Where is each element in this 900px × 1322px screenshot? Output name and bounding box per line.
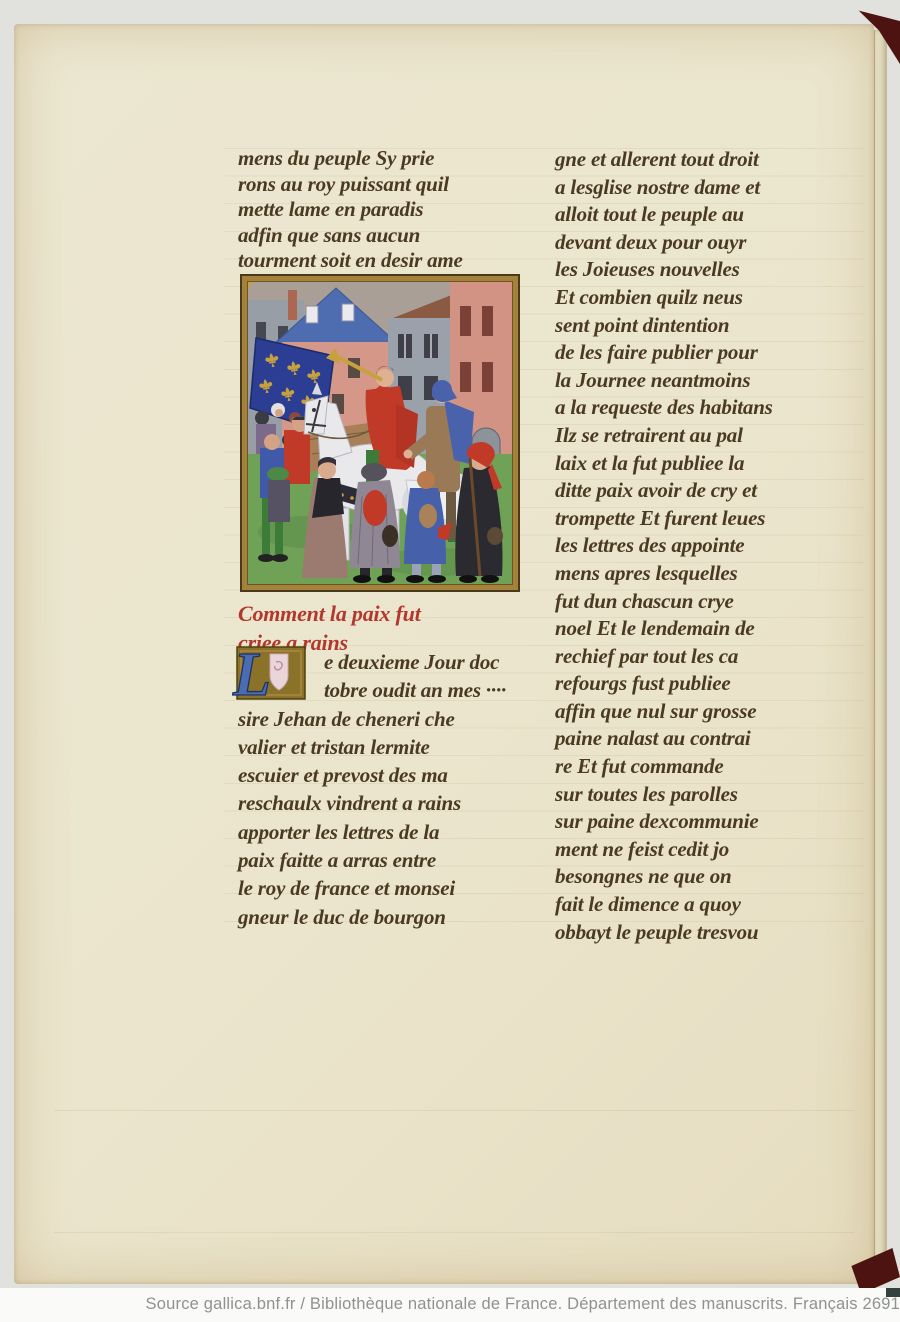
attribution-text: Source gallica.bnf.fr / Bibliothèque nat… [146,1295,900,1313]
right-column-text: gne et allerent tout droita lesglise nos… [555,146,773,946]
attribution-bar: Source gallica.bnf.fr / Bibliothèque nat… [0,1288,900,1322]
text-line: paix faitte a arras entre [238,846,506,874]
text-line: sur toutes les parolles [555,781,773,809]
text-line: re Et fut commande [555,753,773,781]
text-line: valier et tristan lermite [238,733,506,761]
text-line: de les faire publier pour [555,339,773,367]
text-line: fait le dimence a quoy [555,891,773,919]
text-line: mette lame en paradis [238,197,463,223]
text-line: rons au roy puissant quil [238,172,463,198]
text-line: rechief par tout les ca [555,643,773,671]
text-line: les Joieuses nouvelles [555,256,773,284]
parchment-crease [54,1232,854,1233]
text-line: gneur le duc de bourgon [238,903,506,931]
text-line: besongnes ne que on [555,863,773,891]
text-line: reschaulx vindrent a rains [238,789,506,817]
left-column-paragraph: e deuxieme Jour doctobre oudit an mes ··… [238,648,506,931]
text-line: laix et la fut publiee la [555,450,773,478]
text-line: devant deux pour ouyr [555,229,773,257]
text-line: noel Et le lendemain de [555,615,773,643]
text-line: mens du peuple Sy prie [238,146,463,172]
text-line: sur paine dexcommunie [555,808,773,836]
manuscript-page: mens du peuple Sy prierons au roy puissa… [14,24,874,1284]
text-line: ment ne feist cedit jo [555,836,773,864]
parchment-crease [54,1110,854,1111]
text-line: Comment la paix fut [238,599,421,628]
text-line: les lettres des appointe [555,532,773,560]
text-line: e deuxieme Jour doc [238,648,506,676]
text-line: ditte paix avoir de cry et [555,477,773,505]
text-line: la Journee neantmoins [555,367,773,395]
text-line: a lesglise nostre dame et [555,174,773,202]
text-line: obbayt le peuple tresvou [555,919,773,947]
page-fore-edge [874,30,887,1278]
text-line: a la requeste des habitans [555,394,773,422]
text-line: adfin que sans aucun [238,223,463,249]
text-line: sent point dintention [555,312,773,340]
text-line: gne et allerent tout droit [555,146,773,174]
text-line: refourgs fust publiee [555,670,773,698]
text-line: tobre oudit an mes ···· [238,676,506,704]
text-line: escuier et prevost des ma [238,761,506,789]
text-line: mens apres lesquelles [555,560,773,588]
text-line: Ilz se retrairent au pal [555,422,773,450]
text-line: fut dun chascun crye [555,588,773,616]
left-column-opening-text: mens du peuple Sy prierons au roy puissa… [238,146,463,274]
miniature-illustration [240,274,520,592]
text-line: affin que nul sur grosse [555,698,773,726]
text-line: Et combien quilz neus [555,284,773,312]
text-line: apporter les lettres de la [238,818,506,846]
text-line: alloit tout le peuple au [555,201,773,229]
text-line: paine nalast au contrai [555,725,773,753]
text-line: sire Jehan de cheneri che [238,705,506,733]
text-line: trompette Et furent leues [555,505,773,533]
binding-edge-artifact [886,1288,900,1297]
text-line: tourment soit en desir ame [238,248,463,274]
text-line: le roy de france et monsei [238,874,506,902]
scan-background: { "attribution_bar": { "text": "Source g… [0,0,900,1322]
